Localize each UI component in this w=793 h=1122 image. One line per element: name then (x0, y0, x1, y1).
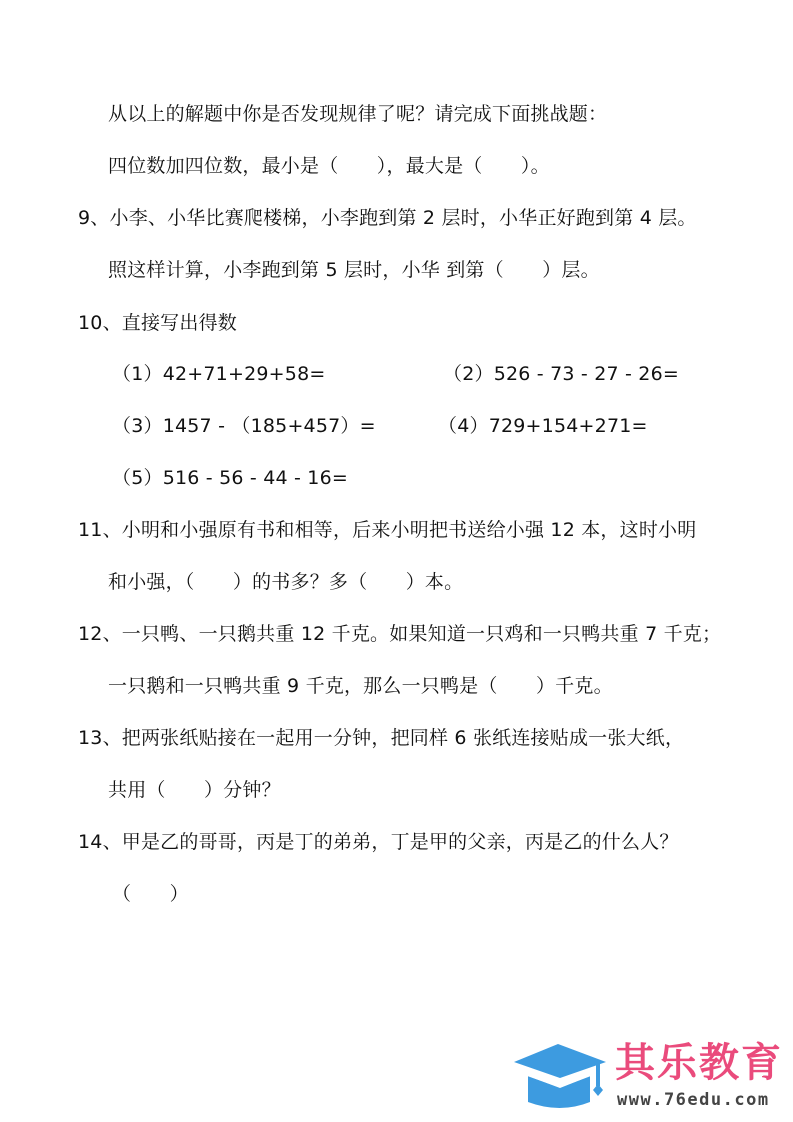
question-9-line-2: 照这样计算，小李跑到第 5 层时，小华 到第（ ）层。 (108, 258, 600, 282)
intro-line-1: 从以上的解题中你是否发现规律了呢？请完成下面挑战题： (108, 102, 607, 126)
question-14-line-1: 14、甲是乙的哥哥，丙是丁的弟弟，丁是甲的父亲，丙是乙的什么人？ (78, 830, 679, 854)
graduation-cap-icon (510, 1044, 610, 1110)
question-13-line-2: 共用（ ）分钟？ (108, 778, 281, 802)
question-10-item-4: （4）729+154+271= (438, 414, 648, 438)
brand-name: 其乐教育 (615, 1040, 783, 1086)
question-11-line-2: 和小强，（ ）的书多？多（ ）本。 (108, 570, 463, 594)
intro-line-2: 四位数加四位数，最小是（ ），最大是（ ）。 (108, 154, 550, 178)
question-13-line-1: 13、把两张纸贴接在一起用一分钟，把同样 6 张纸连接贴成一张大纸， (78, 726, 684, 750)
question-10-item-3: （3）1457 - （185+457）= (112, 414, 376, 438)
question-12-line-1: 12、一只鸭、一只鹅共重 12 千克。如果知道一只鸡和一只鸭共重 7 千克； (78, 622, 721, 646)
brand-url: www.76edu.com (617, 1090, 770, 1110)
question-10-title: 10、直接写出得数 (78, 311, 237, 335)
question-14-line-2: （ ） (112, 882, 189, 906)
question-10-item-5: （5）516 - 56 - 44 - 16= (112, 466, 348, 490)
question-12-line-2: 一只鹅和一只鸭共重 9 千克，那么一只鸭是（ ）千克。 (108, 674, 613, 698)
question-10-item-1: （1）42+71+29+58= (112, 362, 325, 386)
brand-logo: 其乐教育 www.76edu.com (510, 1040, 790, 1115)
question-11-line-1: 11、小明和小强原有书和相等，后来小明把书送给小强 12 本，这时小明 (78, 518, 696, 542)
question-9-line-1: 9、小李、小华比赛爬楼梯，小李跑到第 2 层时，小华正好跑到第 4 层。 (78, 206, 697, 230)
question-10-item-2: （2）526 - 73 - 27 - 26= (443, 362, 679, 386)
